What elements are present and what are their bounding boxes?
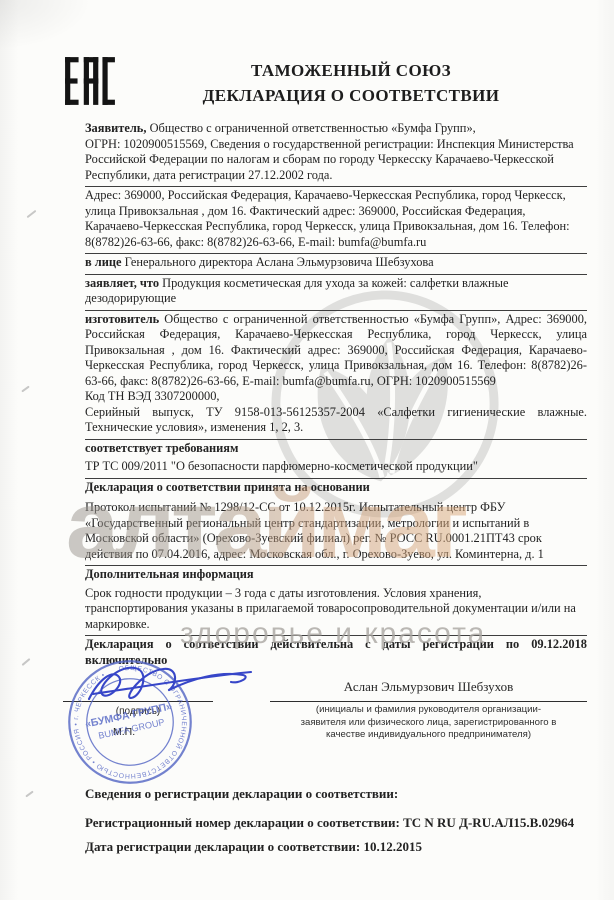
eac-logo-icon [63,55,117,107]
scan-artifact [22,658,31,666]
brand-watermark-tagline: здоровье и красота [180,617,486,651]
section-declares: заявляет, что Продукция косметическая дл… [85,275,587,311]
document-title: ТАМОЖЕННЫЙ СОЮЗ ДЕКЛАРАЦИЯ О СООТВЕТСТВИ… [117,55,585,108]
document-header: ЕАС ТАМОЖЕННЫЙ СОЮЗ ДЕКЛАРАЦИЯ О СООТВЕТ… [63,55,585,108]
brand-watermark-text: алтаймаг [66,478,466,573]
section-applicant: Заявитель, Общество с ограниченной ответ… [85,120,587,187]
section-address: Адрес: 369000, Российская Федерация, Кар… [85,187,587,254]
signatory-note: (инициалы и фамилия руководителя организ… [270,704,587,742]
section-in-person: в лице Генерального директора Аслана Эль… [85,254,587,275]
section-manufacturer: изготовитель Общество с ограниченной отв… [85,311,587,440]
title-line-2: ДЕКЛАРАЦИЯ О СООТВЕТСТВИИ [117,83,585,108]
registration-number-row: Регистрационный номер декларации о соотв… [85,815,587,831]
registration-number-label: Регистрационный номер декларации о соотв… [85,815,400,830]
scan-artifact [27,210,37,218]
registration-date-label: Дата регистрации декларации о соответств… [85,839,360,854]
complies-label: соответствует требованиям [85,441,587,457]
scan-artifact [21,386,30,393]
scan-artifact [25,791,33,798]
handwritten-signature-icon [81,657,263,713]
signatory-name: Аслан Эльмурзович Шебзухов [270,679,587,695]
registration-number-value: ТС N RU Д-RU.АЛ15.В.02964 [403,815,574,830]
manufacturer-label: изготовитель [85,312,159,326]
registration-header: Сведения о регистрации декларации о соот… [85,786,587,802]
title-line-1: ТАМОЖЕННЫЙ СОЮЗ [117,58,585,83]
signatory-name-line [270,701,587,702]
declares-label: заявляет, что [85,276,159,290]
registration-date-row: Дата регистрации декларации о соответств… [85,839,587,855]
signature-block: ОБЩЕСТВО С ОГРАНИЧЕННОЙ ОТВЕТСТВЕННОСТЬЮ… [85,677,587,772]
registration-date-value: 10.12.2015 [363,839,422,854]
in-person-label: в лице [85,255,122,269]
applicant-label: Заявитель, [85,121,146,135]
